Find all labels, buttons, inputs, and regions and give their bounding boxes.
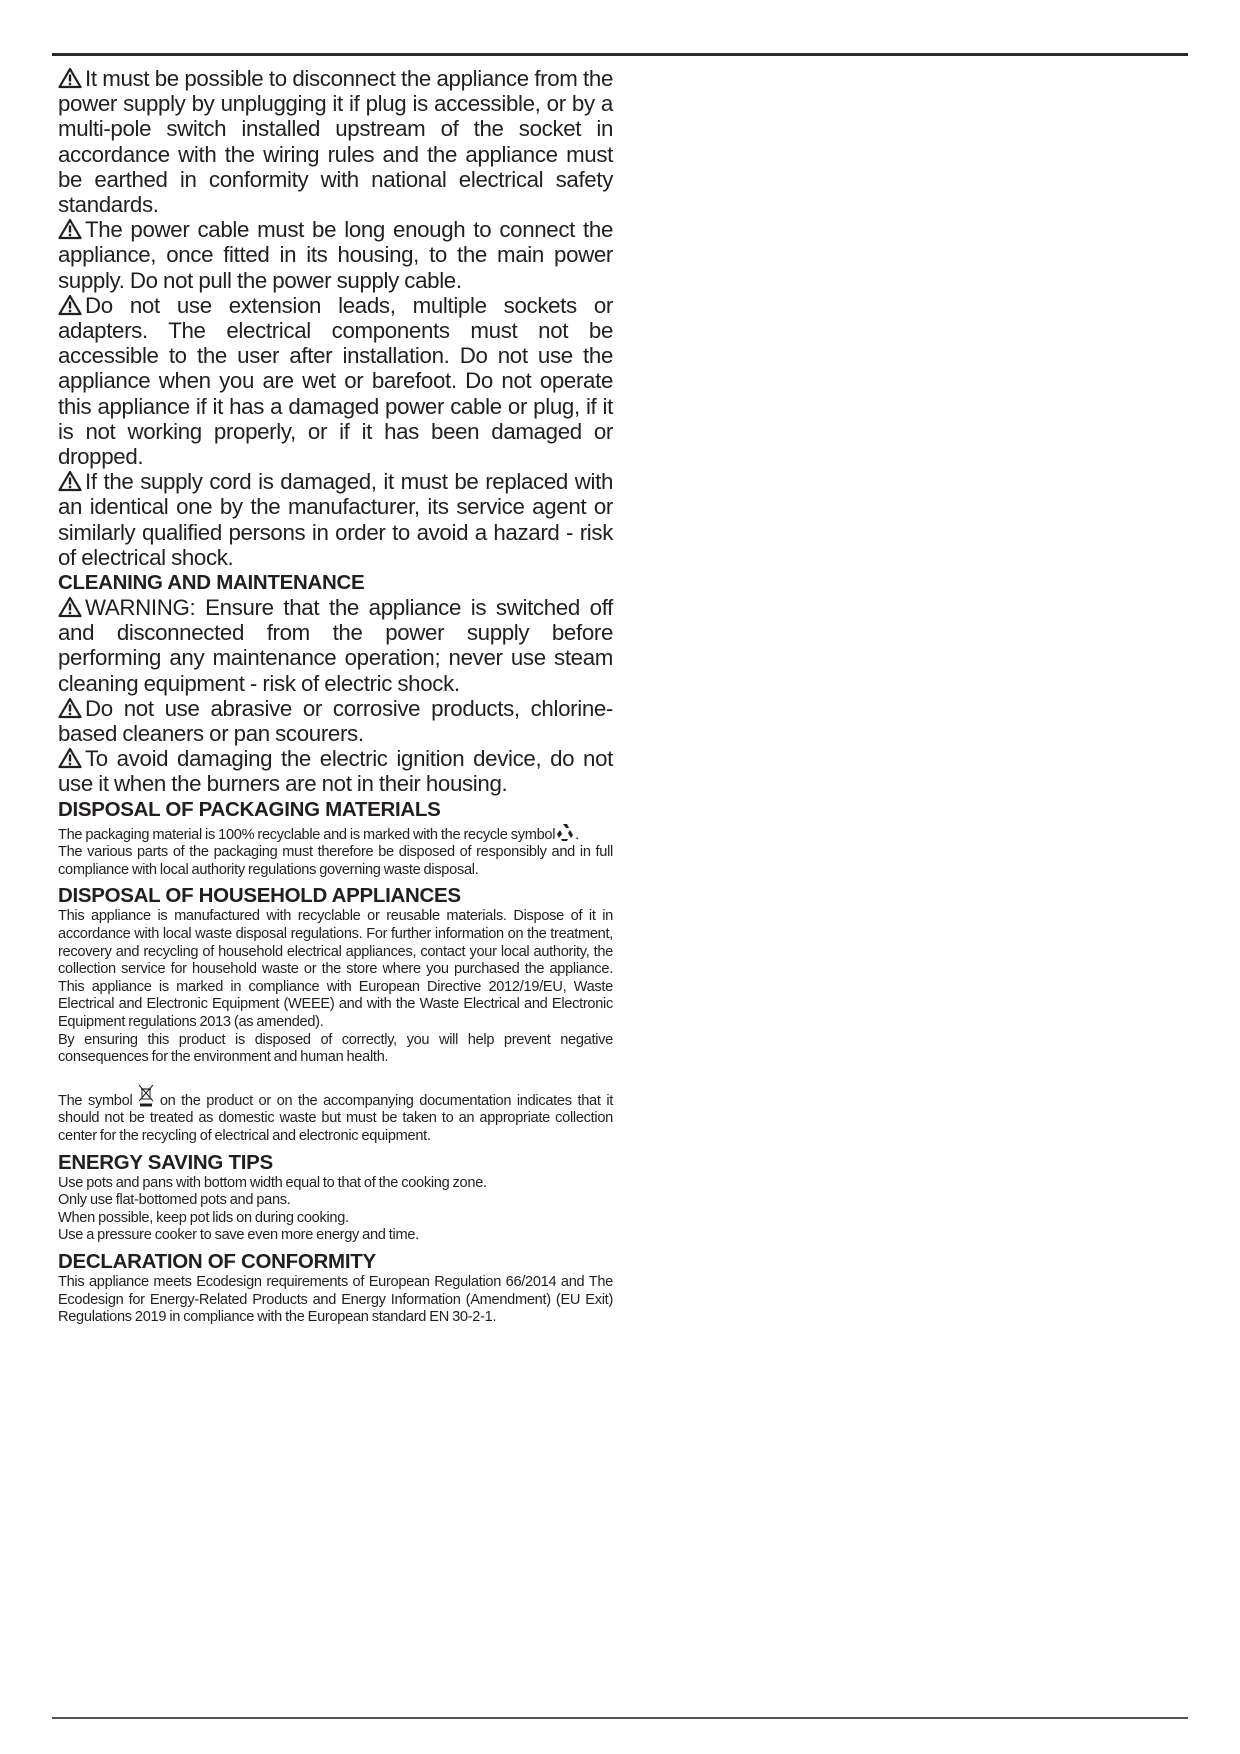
cleaning-paragraph: Do not use abrasive or corrosive product… <box>58 696 613 746</box>
household-paragraph: This appliance is manufactured with recy… <box>58 908 613 1031</box>
section-heading-energy: ENERGY SAVING TIPS <box>58 1150 613 1175</box>
warning-icon <box>58 697 82 719</box>
safety-paragraph: Do not use extension leads, multiple soc… <box>58 293 613 469</box>
section-heading-cleaning: CLEANING AND MAINTENANCE <box>58 570 613 595</box>
section-heading-packaging: DISPOSAL OF PACKAGING MATERIALS <box>58 797 613 822</box>
cleaning-paragraph: To avoid damaging the electric ignition … <box>58 746 613 796</box>
household-paragraph: The symbol on the product or on the acco… <box>58 1084 613 1146</box>
energy-tip: Only use flat-bottomed pots and pans. <box>58 1192 613 1210</box>
warning-icon <box>58 596 82 618</box>
household-paragraph: By ensuring this product is disposed of … <box>58 1032 613 1067</box>
main-column: It must be possible to disconnect the ap… <box>58 66 613 1327</box>
safety-paragraph: The power cable must be long enough to c… <box>58 217 613 293</box>
warning-icon <box>58 218 82 240</box>
warning-icon <box>58 747 82 769</box>
packaging-paragraph: The packaging material is 100% recyclabl… <box>58 822 613 845</box>
conformity-paragraph: This appliance meets Ecodesign requireme… <box>58 1274 613 1327</box>
cleaning-paragraph: WARNING: Ensure that the appliance is sw… <box>58 595 613 696</box>
energy-tip: Use pots and pans with bottom width equa… <box>58 1175 613 1193</box>
section-heading-conformity: DECLARATION OF CONFORMITY <box>58 1249 613 1274</box>
packaging-paragraph: The various parts of the packaging must … <box>58 844 613 879</box>
warning-icon <box>58 470 82 492</box>
bottom-rule <box>52 1717 1188 1719</box>
safety-paragraph: It must be possible to disconnect the ap… <box>58 66 613 217</box>
warning-icon <box>58 294 82 316</box>
crossed-bin-icon <box>138 1084 154 1108</box>
warning-icon <box>58 67 82 89</box>
energy-tip: When possible, keep pot lids on during c… <box>58 1210 613 1228</box>
section-heading-household: DISPOSAL OF HOUSEHOLD APPLIANCES <box>58 883 613 908</box>
safety-paragraph: If the supply cord is damaged, it must b… <box>58 469 613 570</box>
energy-tip: Use a pressure cooker to save even more … <box>58 1227 613 1245</box>
spacer <box>58 1067 613 1084</box>
top-rule <box>52 53 1188 56</box>
recycle-icon <box>555 822 575 842</box>
